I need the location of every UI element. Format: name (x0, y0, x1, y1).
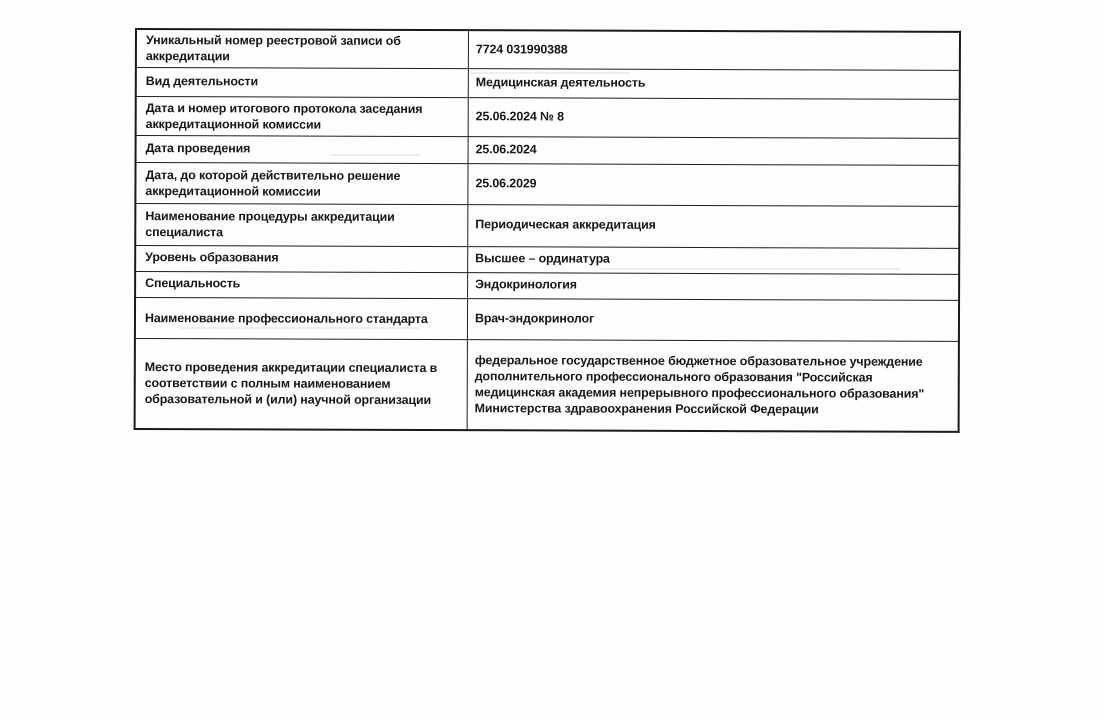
row-value-specialty: Эндокринология (468, 272, 960, 300)
row-label: Дата, до которой действительно решение а… (135, 162, 468, 204)
row-value-date-held: 25.06.2024 (468, 136, 960, 165)
table-row-professional-standard: Наименование профессионального стандарта… (135, 297, 959, 341)
table-row-specialty: Специальность Эндокринология (135, 271, 959, 300)
table-row-protocol: Дата и номер итогового протокола заседан… (136, 96, 960, 138)
row-value-activity-type: Медицинская деятельность (468, 68, 960, 99)
table-row-activity-type: Вид деятельности Медицинская деятельност… (136, 67, 960, 99)
row-label: Специальность (135, 271, 468, 298)
row-label: Наименование процедуры аккредитации спец… (135, 203, 468, 246)
row-value-professional-standard: Врач-эндокринолог (467, 298, 959, 341)
row-value-education-level: Высшее – ординатура (468, 246, 960, 274)
row-label: Дата проведения (136, 135, 469, 163)
table-row-date-held: Дата проведения 25.06.2024 (136, 135, 960, 165)
row-value-registry-number: 7724 031990388 (468, 30, 960, 70)
scanned-page: Уникальный номер реестровой записи об ак… (0, 0, 1104, 720)
row-label: Уровень образования (135, 245, 468, 272)
row-label: Наименование профессионального стандарта (135, 297, 468, 339)
row-value-protocol: 25.06.2024 № 8 (468, 97, 960, 138)
table-row-education-level: Уровень образования Высшее – ординатура (135, 245, 959, 274)
table-row-procedure: Наименование процедуры аккредитации спец… (135, 203, 959, 248)
table-row-registry-number: Уникальный номер реестровой записи об ак… (136, 29, 960, 70)
table-row-venue: Место проведения аккредитации специалист… (135, 338, 959, 432)
row-value-valid-until: 25.06.2029 (468, 163, 960, 206)
table-row-valid-until: Дата, до которой действительно решение а… (135, 162, 959, 206)
row-value-procedure: Периодическая аккредитация (468, 204, 960, 248)
row-label: Вид деятельности (136, 67, 469, 97)
accreditation-info-table: Уникальный номер реестровой записи об ак… (134, 28, 961, 433)
row-label: Уникальный номер реестровой записи об ак… (136, 29, 469, 68)
row-label: Место проведения аккредитации специалист… (135, 338, 468, 430)
row-value-venue: федеральное государственное бюджетное об… (467, 339, 959, 432)
row-label: Дата и номер итогового протокола заседан… (136, 96, 469, 136)
